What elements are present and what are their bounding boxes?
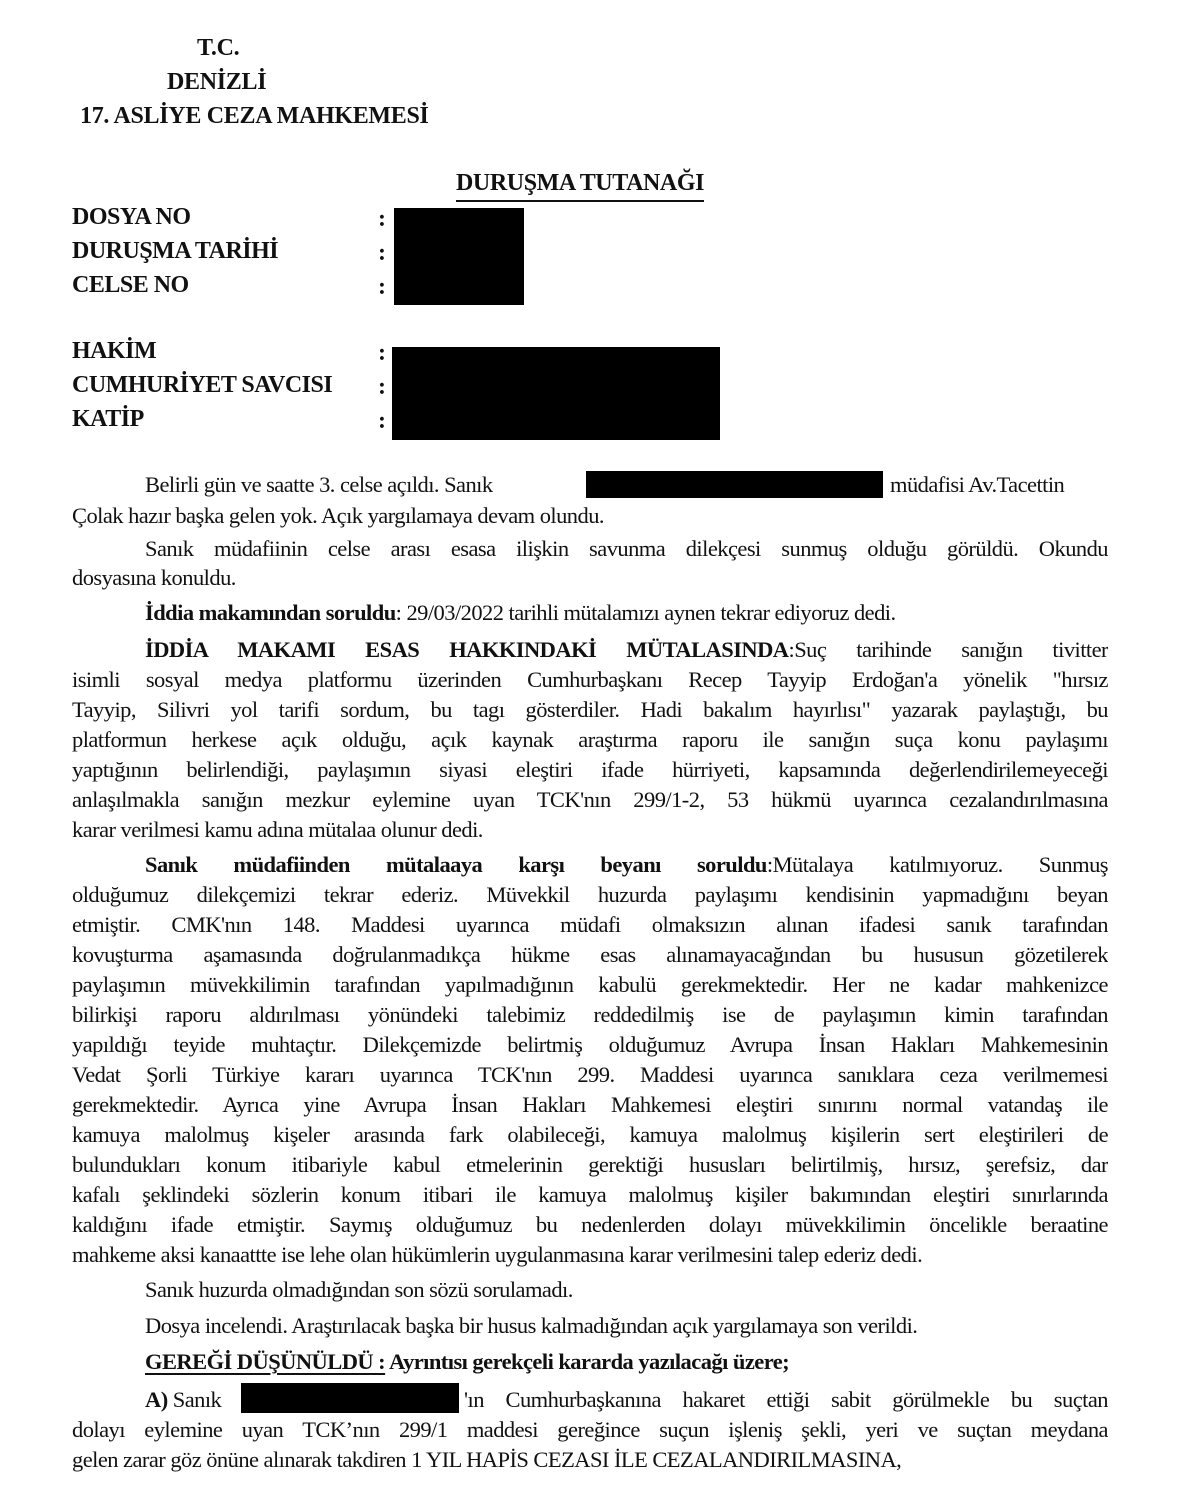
- p5-line: paylaşımın müvekkilimin tarafından yapıl…: [72, 972, 1108, 998]
- p5-line: kovuşturma aşamasında doğrulanmadıkça hü…: [72, 942, 1108, 968]
- p5-line: mahkeme aksi kanaattte ise lehe olan hük…: [72, 1242, 1108, 1268]
- p1-line1-end: müdafisi Av.Tacettin: [890, 472, 1064, 498]
- court-hearing-record: T.C. DENİZLİ 17. ASLİYE CEZA MAHKEMESİ D…: [0, 0, 1200, 1496]
- field-colon: :: [378, 374, 386, 401]
- redaction-defendant-name: [586, 471, 883, 498]
- p2-line2: dosyasına konuldu.: [72, 565, 1108, 591]
- p8-underlined: GEREĞİ DÜŞÜNÜLDÜ :: [145, 1349, 385, 1374]
- p6: Sanık huzurda olmadığından son sözü soru…: [145, 1277, 1181, 1303]
- field-label-savci: CUMHURİYET SAVCISI: [72, 372, 332, 399]
- p5-line: olduğumuz dilekçemizi tekrar ederiz. Müv…: [72, 882, 1108, 908]
- p9-line2: dolayı eylemine uyan TCK’nın 299/1 madde…: [72, 1417, 1108, 1443]
- field-label-durusma-tarihi: DURUŞMA TARİHİ: [72, 238, 278, 265]
- p8-verdict-heading: GEREĞİ DÜŞÜNÜLDÜ : Ayrıntısı gerekçeli k…: [145, 1349, 1181, 1375]
- p2-line1: Sanık müdafiinin celse arası esasa ilişk…: [145, 536, 1108, 562]
- p4-bold: İDDİA MAKAMI ESAS HAKKINDAKİ MÜTALASINDA: [145, 637, 789, 662]
- header-court: 17. ASLİYE CEZA MAHKEMESİ: [80, 102, 429, 130]
- p4-text: :Suç tarihinde sanığın tivitter: [789, 637, 1108, 662]
- p9-line1-end: 'ın Cumhurbaşkanına hakaret ettiği sabit…: [464, 1387, 1108, 1413]
- p8-bold: Ayrıntısı gerekçeli kararda yazılacağı ü…: [385, 1349, 789, 1374]
- p4-line1: İDDİA MAKAMI ESAS HAKKINDAKİ MÜTALASINDA…: [145, 637, 1108, 663]
- field-label-celse-no: CELSE NO: [72, 272, 189, 299]
- p5-line: bilirkişi raporu aldırılması yönündeki t…: [72, 1002, 1108, 1028]
- field-label-dosya-no: DOSYA NO: [72, 204, 190, 231]
- p5-line: etmiştir. CMK'nın 148. Maddesi uyarınca …: [72, 912, 1108, 938]
- p5-line: kafalı şeklindeki sözlerin konum itibari…: [72, 1182, 1108, 1208]
- p5-line: bulundukları konum itibariyle kabul etme…: [72, 1152, 1108, 1178]
- field-label-katip: KATİP: [72, 406, 144, 433]
- p5-bold: Sanık müdafiinden mütalaaya karşı beyanı…: [145, 852, 767, 877]
- p5-line: kaldığını ifade etmiştir. Saymış olduğum…: [72, 1212, 1108, 1238]
- p5-text: :Mütalaya katılmıyoruz. Sunmuş: [767, 852, 1108, 877]
- p9-text: Sanık: [168, 1387, 222, 1412]
- p4-line: anlaşılmakla sanığın mezkur eylemine uya…: [72, 787, 1108, 813]
- field-colon: :: [378, 274, 386, 301]
- field-colon: :: [378, 240, 386, 267]
- p3-bold: İddia makamından soruldu: [145, 600, 396, 625]
- page-title: DURUŞMA TUTANAĞI: [456, 170, 704, 202]
- p5-line: kamuya malolmuş kişeler arasında fark ol…: [72, 1122, 1108, 1148]
- p4-line: yaptığının belirlendiği, paylaşımın siya…: [72, 757, 1108, 783]
- field-colon: :: [378, 206, 386, 233]
- redaction-defendant-name: [241, 1383, 459, 1413]
- field-colon: :: [378, 340, 386, 367]
- header-city: DENİZLİ: [167, 68, 266, 96]
- p4-line: karar verilmesi kamu adına mütalaa olunu…: [72, 817, 1108, 843]
- field-label-hakim: HAKİM: [72, 338, 156, 365]
- p9-line1-start: A) Sanık: [145, 1387, 221, 1413]
- redaction-case-details: [394, 208, 524, 305]
- p5-line: Vedat Şorli Türkiye kararı uyarınca TCK'…: [72, 1062, 1108, 1088]
- p9-bold: A): [145, 1387, 168, 1412]
- p4-line: isimli sosyal medya platformu üzerinden …: [72, 667, 1108, 693]
- p5-line1: Sanık müdafiinden mütalaaya karşı beyanı…: [145, 852, 1108, 878]
- p4-line: platformun herkese açık olduğu, açık kay…: [72, 727, 1108, 753]
- p7: Dosya incelendi. Araştırılacak başka bir…: [145, 1313, 1181, 1339]
- p3: İddia makamından soruldu: 29/03/2022 tar…: [145, 600, 1181, 626]
- redaction-staff-names: [392, 347, 720, 440]
- field-colon: :: [378, 408, 386, 435]
- header-tc: T.C.: [197, 34, 239, 62]
- p5-line: gerekmektedir. Ayrıca yine Avrupa İnsan …: [72, 1092, 1108, 1118]
- p9-line3: gelen zarar göz önüne alınarak takdiren …: [72, 1447, 1108, 1473]
- p5-line: yapıldığı teyide muhtaçtır. Dilekçemizde…: [72, 1032, 1108, 1058]
- p3-text: : 29/03/2022 tarihli mütalamızı aynen te…: [396, 600, 896, 625]
- p4-line: Tayyip, Silivri yol tarifi sordum, bu ta…: [72, 697, 1108, 723]
- p1-line2: Çolak hazır başka gelen yok. Açık yargıl…: [72, 503, 1108, 529]
